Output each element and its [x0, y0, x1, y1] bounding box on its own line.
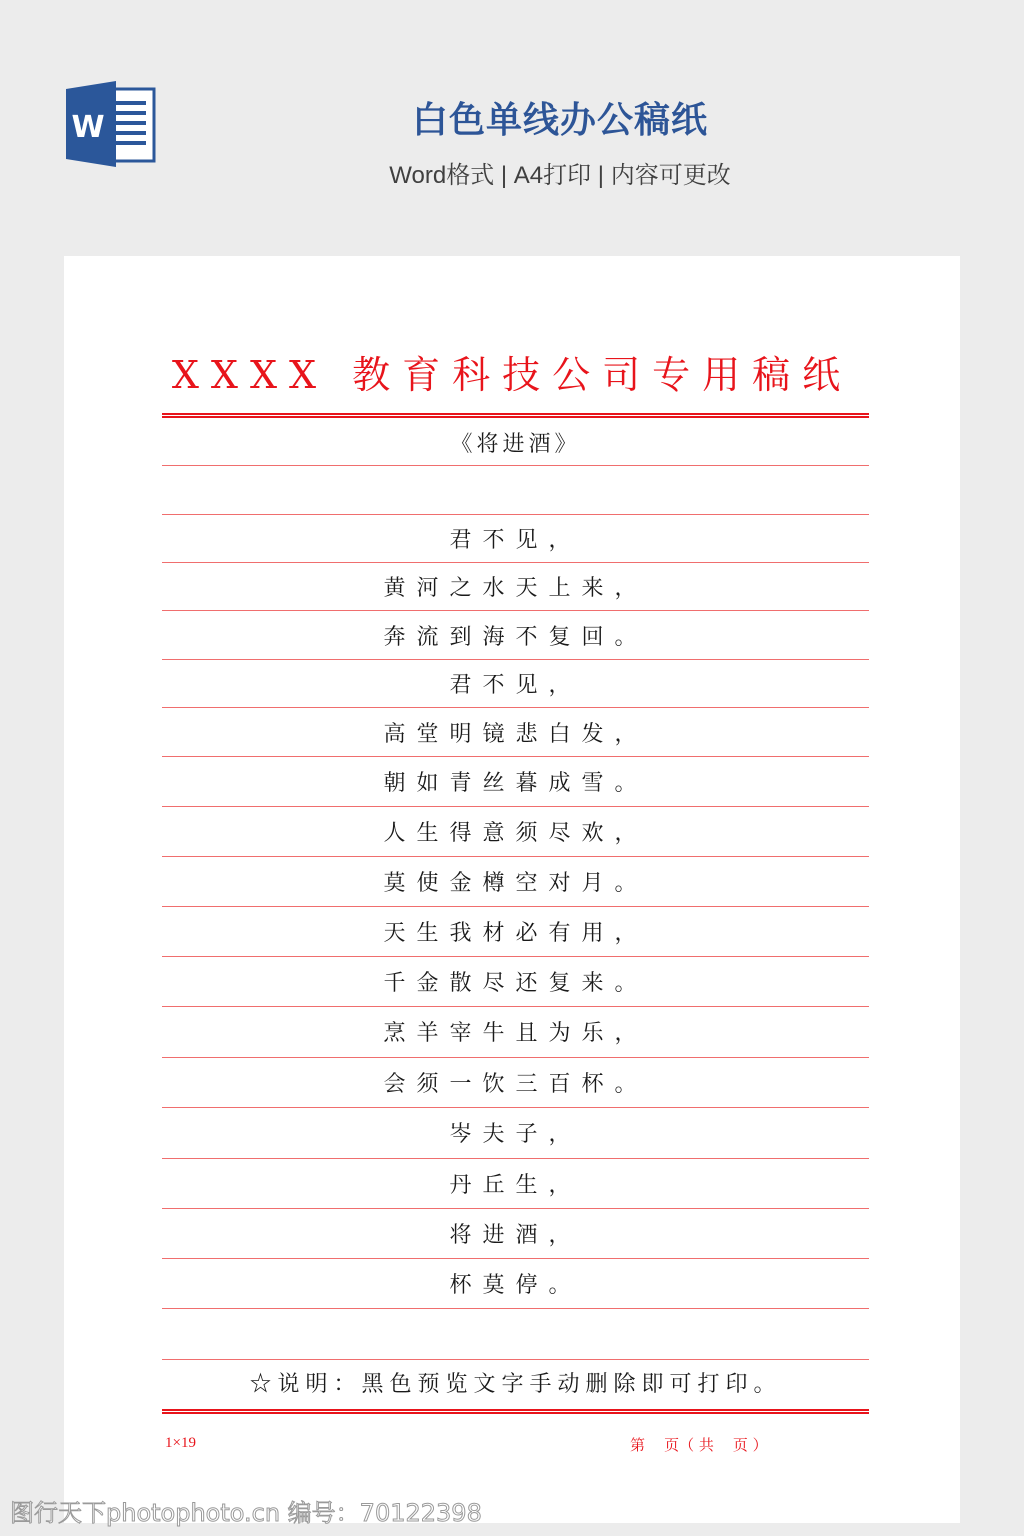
rule — [162, 610, 869, 611]
word-document-icon: W — [64, 81, 156, 167]
poem-line: 烹羊宰牛且为乐， — [162, 1016, 869, 1047]
rule — [162, 756, 869, 757]
poem-line: 君不见， — [162, 668, 869, 699]
rule — [162, 1107, 869, 1108]
poem-line: 高堂明镜悲白发， — [162, 717, 869, 748]
rule — [162, 806, 869, 807]
poem-line: 岑夫子， — [162, 1117, 869, 1148]
rule — [162, 514, 869, 515]
poem-title: 《将进酒》 — [162, 427, 869, 458]
poem-line: 千金散尽还复来。 — [162, 966, 869, 997]
page-subtitle: Word格式 | A4打印 | 内容可更改 — [330, 155, 790, 190]
poem-line: 黄河之水天上来， — [162, 571, 869, 602]
poem-line: 君不见， — [162, 523, 869, 554]
rule — [162, 906, 869, 907]
rule — [162, 1359, 869, 1360]
page-number-label: 第 页（ 共 页 ） — [630, 1434, 768, 1455]
poem-line: 天生我材必有用， — [162, 916, 869, 947]
rule — [162, 1057, 869, 1058]
page-title: 白色单线办公稿纸 — [330, 92, 790, 143]
poem-line: 奔流到海不复回。 — [162, 620, 869, 651]
rule — [162, 707, 869, 708]
company-title: XXXX 教育科技公司专用稿纸 — [0, 344, 1024, 399]
rule — [162, 956, 869, 957]
grid-spec-label: 1×19 — [165, 1435, 196, 1452]
svg-text:W: W — [71, 110, 104, 145]
rule — [162, 562, 869, 563]
rule — [162, 1006, 869, 1007]
poem-line: 丹丘生， — [162, 1168, 869, 1199]
rule — [162, 659, 869, 660]
bottom-double-rule — [162, 1409, 869, 1411]
rule — [162, 465, 869, 466]
poem-line: 会须一饮三百杯。 — [162, 1067, 869, 1098]
rule — [162, 1258, 869, 1259]
rule — [162, 1308, 869, 1309]
poem-line: 杯莫停。 — [162, 1268, 869, 1299]
poem-line: 朝如青丝暮成雪。 — [162, 766, 869, 797]
rule — [162, 856, 869, 857]
poem-line: 莫使金樽空对月。 — [162, 866, 869, 897]
rule — [162, 1208, 869, 1209]
instruction-note: ☆说明：黑色预览文字手动删除即可打印。 — [162, 1367, 869, 1398]
poem-line: 将进酒， — [162, 1218, 869, 1249]
top-double-rule — [162, 413, 869, 415]
poem-line: 人生得意须尽欢， — [162, 816, 869, 847]
watermark-text: 图行天下photophoto.cn 编号：70122398 — [10, 1493, 482, 1528]
rule — [162, 1158, 869, 1159]
